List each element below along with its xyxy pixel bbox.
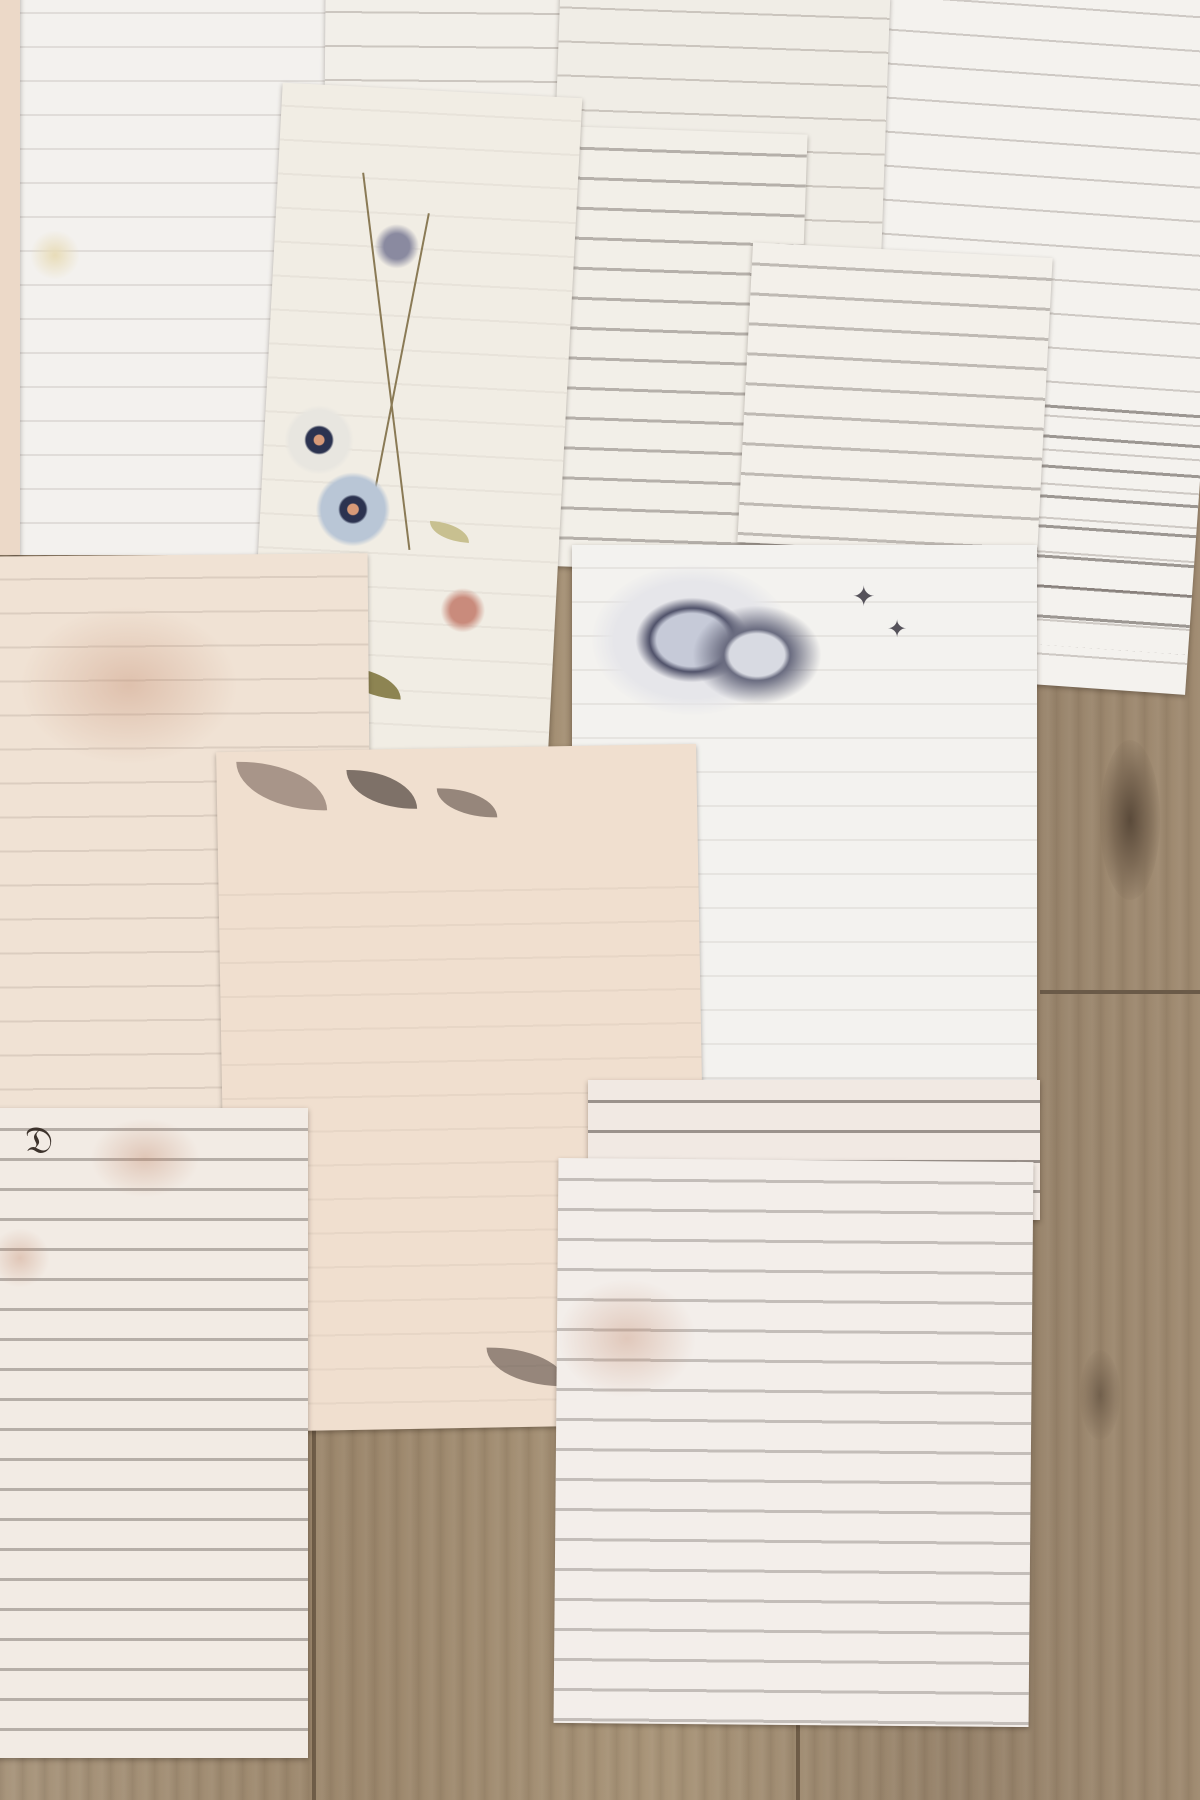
ink-leaf-icon bbox=[346, 769, 417, 810]
ink-leaf-icon bbox=[437, 787, 498, 818]
wood-knot bbox=[1100, 740, 1160, 900]
handwriting bbox=[0, 1108, 308, 1758]
butterfly-icon: ✦ bbox=[852, 580, 875, 613]
ink-rose-icon bbox=[692, 605, 822, 705]
faded-flower-icon bbox=[30, 230, 80, 280]
paper-dark-script-bottom bbox=[554, 1158, 1034, 1727]
butterfly-icon: ✦ bbox=[887, 615, 907, 643]
paper-stained-letter: 𝔇 bbox=[0, 1108, 308, 1758]
wood-knot bbox=[1080, 1350, 1120, 1440]
handwriting bbox=[554, 1158, 1034, 1727]
handwriting bbox=[737, 242, 1052, 557]
paper-stain bbox=[90, 1118, 200, 1198]
paper-right-script bbox=[737, 242, 1052, 557]
paper-edge-left bbox=[0, 0, 20, 555]
paper-stain bbox=[556, 1278, 697, 1399]
floor-plank-seam bbox=[1040, 990, 1200, 994]
ornate-initial: 𝔇 bbox=[25, 1118, 53, 1163]
ink-leaf-icon bbox=[236, 760, 327, 812]
